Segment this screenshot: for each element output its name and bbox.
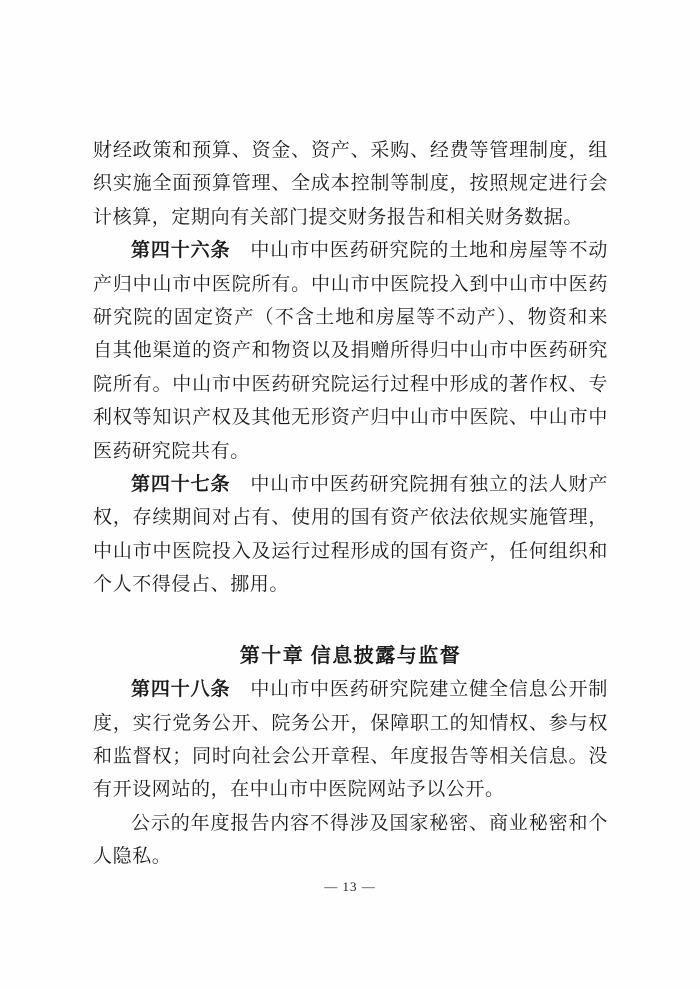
document-page: 财经政策和预算、资金、资产、采购、经费等管理制度，组织实施全面预算管理、全成本控… xyxy=(0,0,700,989)
article-47-paragraph: 第四十七条中山市中医药研究院拥有独立的法人财产权，存续期间对占有、使用的国有资产… xyxy=(93,468,608,602)
paragraph-continuation: 财经政策和预算、资金、资产、采购、经费等管理制度，组织实施全面预算管理、全成本控… xyxy=(93,134,608,234)
article-46-paragraph: 第四十六条中山市中医药研究院的土地和房屋等不动产归中山市中医院所有。中山市中医院… xyxy=(93,234,608,468)
paragraph-annual-report: 公示的年度报告内容不得涉及国家秘密、商业秘密和个人隐私。 xyxy=(93,807,608,874)
article-46-text: 中山市中医药研究院的土地和房屋等不动产归中山市中医院所有。中山市中医院投入到中山… xyxy=(93,240,608,461)
article-48-number: 第四十八条 xyxy=(131,679,230,700)
article-48-paragraph: 第四十八条中山市中医药研究院建立健全信息公开制度，实行党务公开、院务公开，保障职… xyxy=(93,673,608,807)
article-46-number: 第四十六条 xyxy=(131,240,230,261)
chapter-heading: 第十章 信息披露与监督 xyxy=(93,640,608,673)
page-content: 财经政策和预算、资金、资产、采购、经费等管理制度，组织实施全面预算管理、全成本控… xyxy=(93,134,608,874)
page-number: — 13 — xyxy=(0,879,700,895)
article-47-number: 第四十七条 xyxy=(131,474,230,495)
